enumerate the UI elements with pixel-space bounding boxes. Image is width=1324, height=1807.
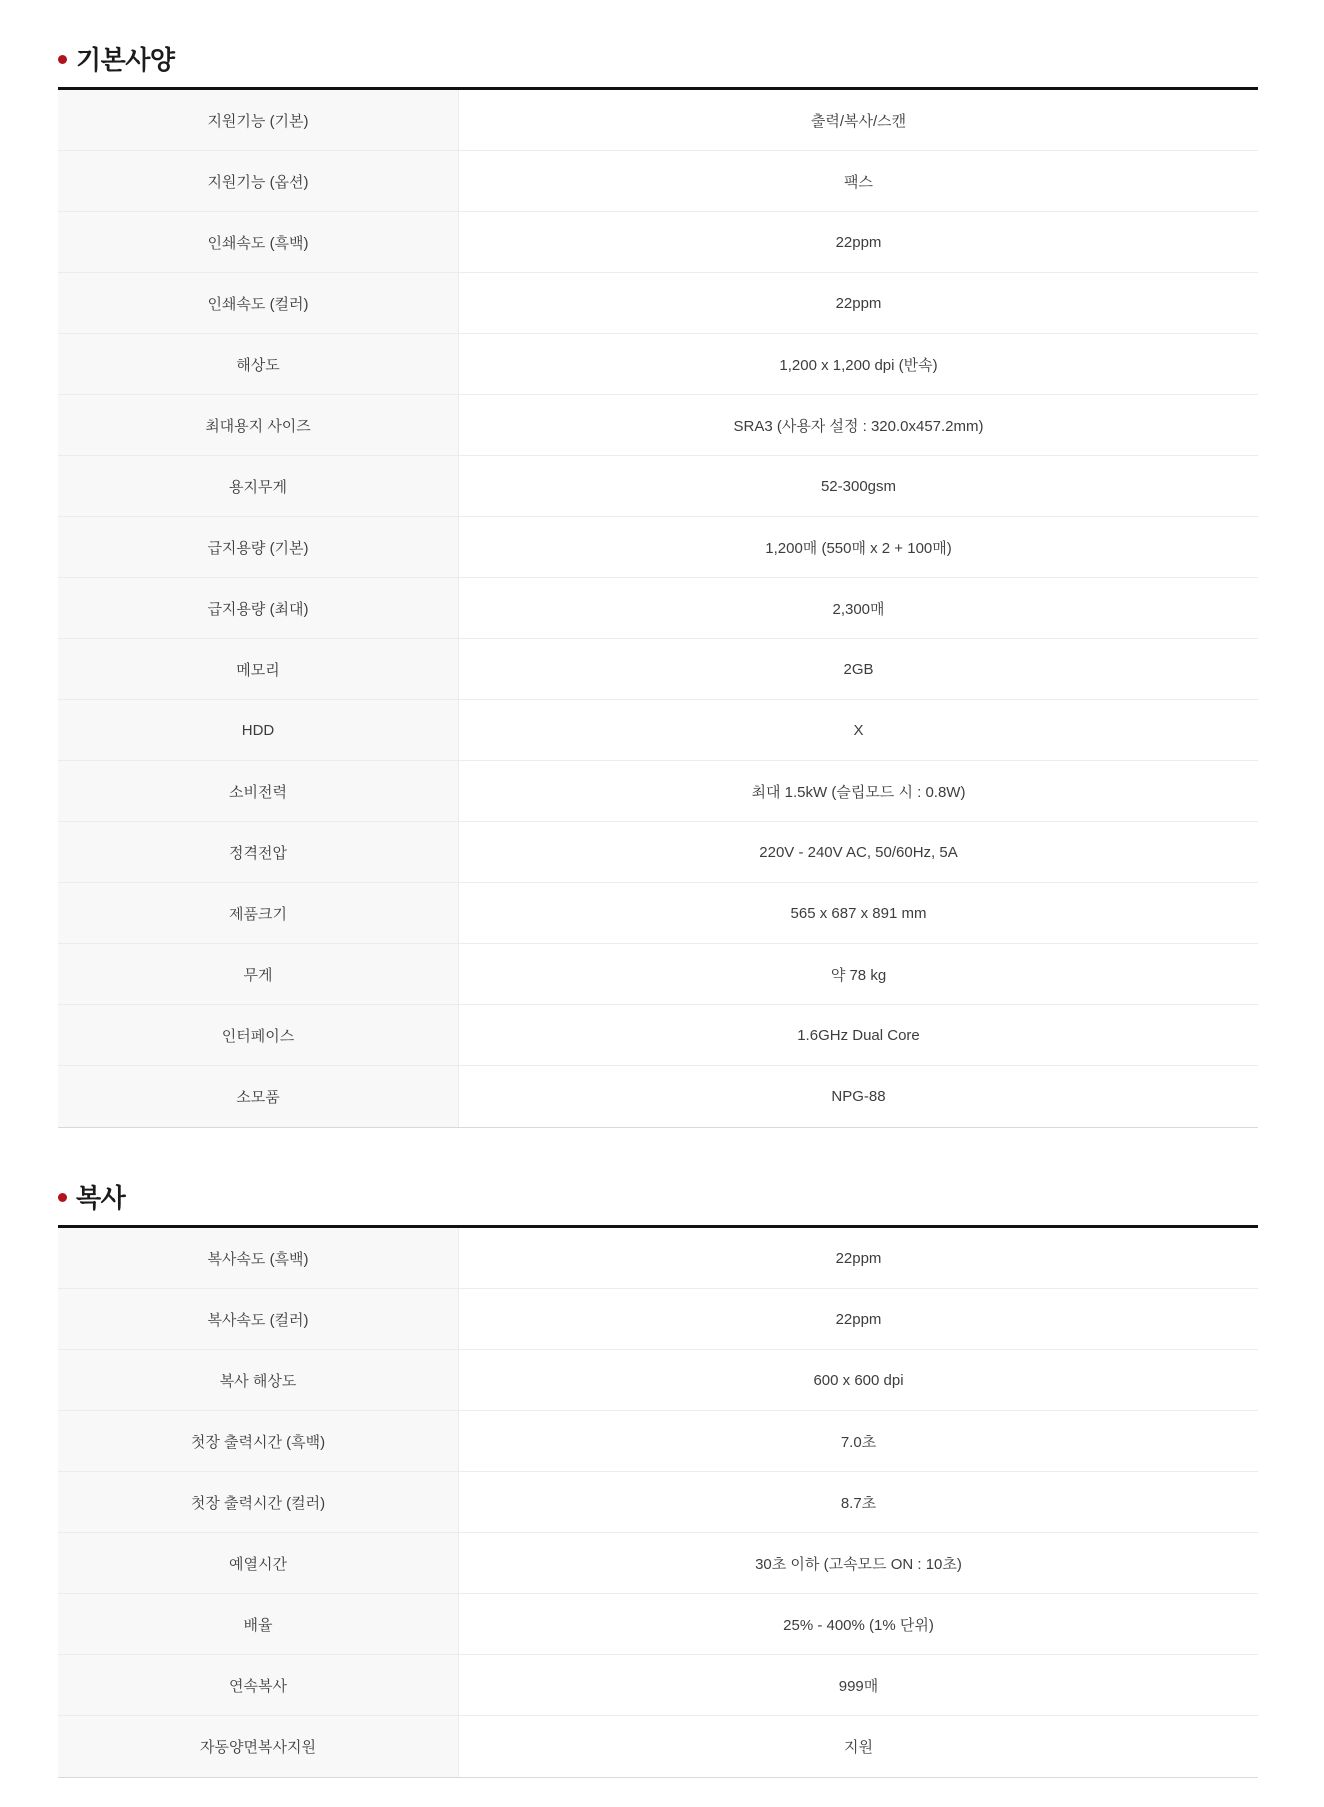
table-row: 배율25% - 400% (1% 단위)	[58, 1594, 1258, 1655]
spec-label: 용지무게	[58, 456, 459, 516]
spec-label: 소모품	[58, 1066, 459, 1127]
spec-value: 22ppm	[459, 1289, 1258, 1349]
red-bullet-icon	[58, 55, 67, 64]
spec-value: SRA3 (사용자 설정 : 320.0x457.2mm)	[459, 395, 1258, 455]
spec-value: 7.0초	[459, 1411, 1258, 1471]
spec-label: 자동양면복사지원	[58, 1716, 459, 1777]
spec-label: 지원기능 (옵션)	[58, 151, 459, 211]
table-row: 자동양면복사지원지원	[58, 1716, 1258, 1777]
spec-value: 최대 1.5kW (슬립모드 시 : 0.8W)	[459, 761, 1258, 821]
spec-page: 기본사양 지원기능 (기본)출력/복사/스캔 지원기능 (옵션)팩스 인쇄속도 …	[58, 0, 1258, 1778]
basic-specs-table: 지원기능 (기본)출력/복사/스캔 지원기능 (옵션)팩스 인쇄속도 (흑백)2…	[58, 87, 1258, 1128]
table-row: 급지용량 (최대)2,300매	[58, 578, 1258, 639]
table-row: 소모품NPG-88	[58, 1066, 1258, 1127]
spec-value: 1,200 x 1,200 dpi (반속)	[459, 334, 1258, 394]
spec-value: 999매	[459, 1655, 1258, 1715]
table-row: 제품크기565 x 687 x 891 mm	[58, 883, 1258, 944]
spec-value: 600 x 600 dpi	[459, 1350, 1258, 1410]
table-row: 인터페이스1.6GHz Dual Core	[58, 1005, 1258, 1066]
spec-value: 565 x 687 x 891 mm	[459, 883, 1258, 943]
spec-value: 30초 이하 (고속모드 ON : 10초)	[459, 1533, 1258, 1593]
table-row: 연속복사999매	[58, 1655, 1258, 1716]
spec-value: 1,200매 (550매 x 2 + 100매)	[459, 517, 1258, 577]
spec-value: 22ppm	[459, 212, 1258, 272]
table-row: 소비전력최대 1.5kW (슬립모드 시 : 0.8W)	[58, 761, 1258, 822]
spec-value: 52-300gsm	[459, 456, 1258, 516]
spec-label: 정격전압	[58, 822, 459, 882]
spec-label: 해상도	[58, 334, 459, 394]
spec-label: 무게	[58, 944, 459, 1004]
table-row: 무게약 78 kg	[58, 944, 1258, 1005]
spec-label: 급지용량 (기본)	[58, 517, 459, 577]
spec-label: 소비전력	[58, 761, 459, 821]
table-row: 복사속도 (흑백)22ppm	[58, 1228, 1258, 1289]
spec-label: 최대용지 사이즈	[58, 395, 459, 455]
table-row: HDDX	[58, 700, 1258, 761]
red-bullet-icon	[58, 1193, 67, 1202]
section-title-basic-specs: 기본사양	[58, 42, 1258, 74]
table-row: 첫장 출력시간 (흑백)7.0초	[58, 1411, 1258, 1472]
spec-value: 22ppm	[459, 1228, 1258, 1288]
table-row: 인쇄속도 (컬러)22ppm	[58, 273, 1258, 334]
table-row: 예열시간30초 이하 (고속모드 ON : 10초)	[58, 1533, 1258, 1594]
spec-value: 8.7초	[459, 1472, 1258, 1532]
spec-value: 25% - 400% (1% 단위)	[459, 1594, 1258, 1654]
table-row: 복사 해상도600 x 600 dpi	[58, 1350, 1258, 1411]
spec-value: 22ppm	[459, 273, 1258, 333]
spec-label: 첫장 출력시간 (컬러)	[58, 1472, 459, 1532]
spec-value: 팩스	[459, 151, 1258, 211]
spec-label: 인쇄속도 (흑백)	[58, 212, 459, 272]
table-row: 인쇄속도 (흑백)22ppm	[58, 212, 1258, 273]
spec-label: 복사 해상도	[58, 1350, 459, 1410]
table-row: 복사속도 (컬러)22ppm	[58, 1289, 1258, 1350]
spec-value: NPG-88	[459, 1066, 1258, 1127]
table-row: 용지무게52-300gsm	[58, 456, 1258, 517]
table-row: 첫장 출력시간 (컬러)8.7초	[58, 1472, 1258, 1533]
spec-value: X	[459, 700, 1258, 760]
spec-value: 2GB	[459, 639, 1258, 699]
spec-label: 지원기능 (기본)	[58, 90, 459, 150]
table-row: 지원기능 (옵션)팩스	[58, 151, 1258, 212]
spec-label: 배율	[58, 1594, 459, 1654]
spec-label: 제품크기	[58, 883, 459, 943]
section-title-text: 기본사양	[76, 40, 174, 77]
spec-value: 2,300매	[459, 578, 1258, 638]
spec-label: 첫장 출력시간 (흑백)	[58, 1411, 459, 1471]
spec-value: 지원	[459, 1716, 1258, 1777]
spec-label: 메모리	[58, 639, 459, 699]
section-title-copy: 복사	[58, 1180, 1258, 1212]
spec-value: 출력/복사/스캔	[459, 90, 1258, 150]
table-row: 해상도1,200 x 1,200 dpi (반속)	[58, 334, 1258, 395]
table-row: 메모리2GB	[58, 639, 1258, 700]
copy-specs-table: 복사속도 (흑백)22ppm 복사속도 (컬러)22ppm 복사 해상도600 …	[58, 1225, 1258, 1778]
spec-label: 인터페이스	[58, 1005, 459, 1065]
spec-label: 복사속도 (컬러)	[58, 1289, 459, 1349]
spec-label: 급지용량 (최대)	[58, 578, 459, 638]
table-row: 지원기능 (기본)출력/복사/스캔	[58, 90, 1258, 151]
spec-value: 1.6GHz Dual Core	[459, 1005, 1258, 1065]
table-row: 급지용량 (기본)1,200매 (550매 x 2 + 100매)	[58, 517, 1258, 578]
section-title-text: 복사	[76, 1178, 125, 1215]
spec-label: 인쇄속도 (컬러)	[58, 273, 459, 333]
spec-label: 예열시간	[58, 1533, 459, 1593]
spec-label: 연속복사	[58, 1655, 459, 1715]
spec-value: 약 78 kg	[459, 944, 1258, 1004]
table-row: 최대용지 사이즈SRA3 (사용자 설정 : 320.0x457.2mm)	[58, 395, 1258, 456]
spec-value: 220V - 240V AC, 50/60Hz, 5A	[459, 822, 1258, 882]
table-row: 정격전압220V - 240V AC, 50/60Hz, 5A	[58, 822, 1258, 883]
spec-label: HDD	[58, 700, 459, 760]
spec-label: 복사속도 (흑백)	[58, 1228, 459, 1288]
